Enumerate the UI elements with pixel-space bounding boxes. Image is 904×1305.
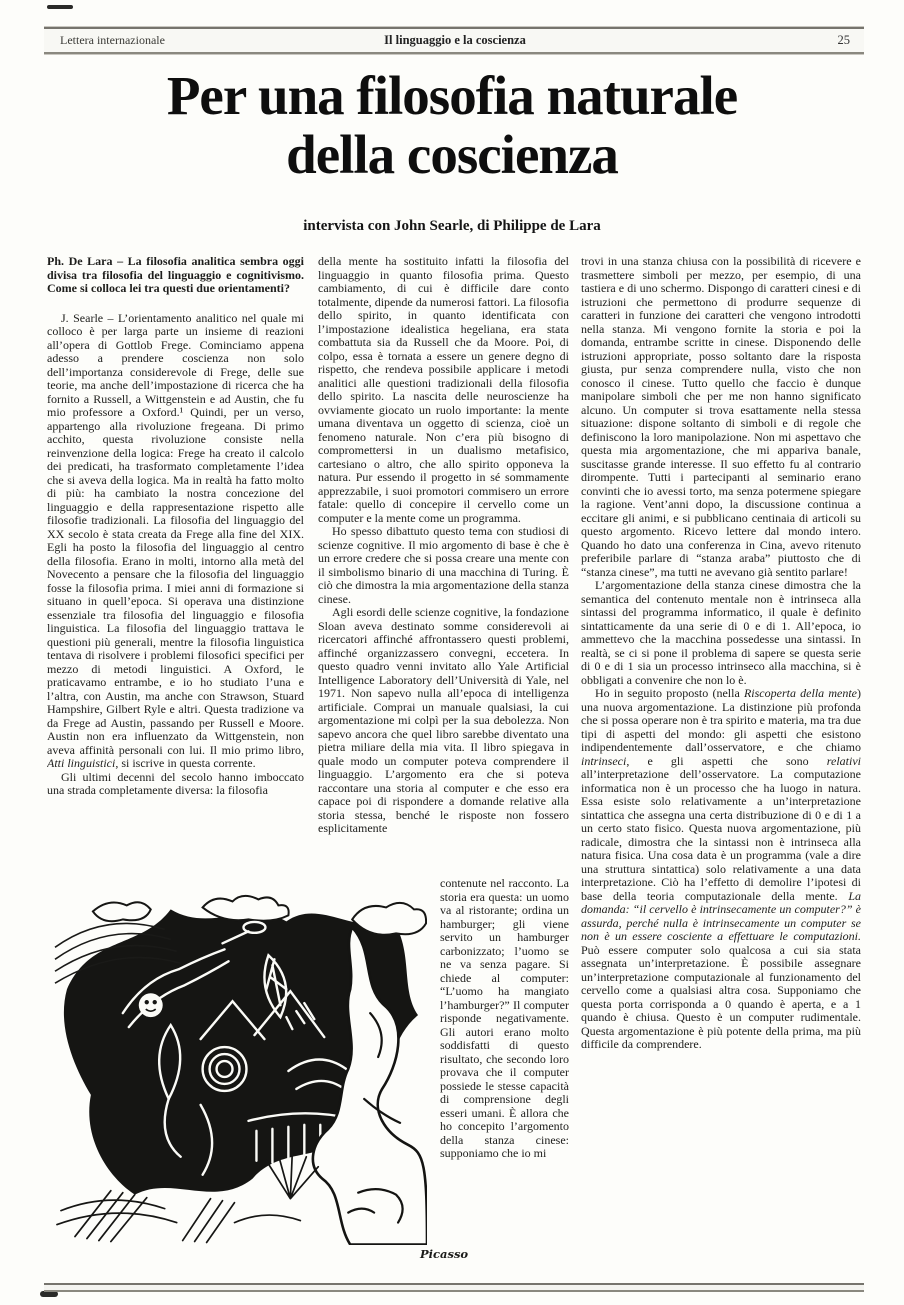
running-head: Lettera internazionale Il linguaggio e l… xyxy=(44,27,864,54)
italic-run: relativi xyxy=(827,754,861,768)
column-2-upper: della mente ha sostituito infatti la fil… xyxy=(318,255,569,876)
illustration-caption: Picasso xyxy=(420,1247,468,1261)
paragraph: trovi in una stanza chiusa con la possib… xyxy=(581,255,861,579)
article-title: Per una filosofia naturale della coscien… xyxy=(0,66,904,184)
paragraph: Agli esordi delle scienze cognitive, la … xyxy=(318,606,569,836)
magazine-page: Lettera internazionale Il linguaggio e l… xyxy=(0,0,904,1305)
journal-name: Lettera internazionale xyxy=(44,33,292,48)
text-run: J. Searle – L’orientamento analitico nel… xyxy=(47,311,304,757)
text-run: Può essere computer solo qualcosa a cui … xyxy=(581,943,861,1052)
scan-artifact xyxy=(47,5,73,9)
paragraph: della mente ha sostituito infatti la fil… xyxy=(318,255,569,525)
text-run: Ho in seguito proposto (nella xyxy=(595,686,744,700)
italic-run: Riscoperta della mente xyxy=(744,686,857,700)
interview-question: Ph. De Lara – La filosofia analitica sem… xyxy=(47,255,304,296)
section-title: Il linguaggio e la coscienza xyxy=(292,33,617,48)
column-3: trovi in una stanza chiusa con la possib… xyxy=(581,255,861,1273)
article-subtitle: intervista con John Searle, di Philippe … xyxy=(0,218,904,235)
column-1: Ph. De Lara – La filosofia analitica sem… xyxy=(47,255,304,891)
text-run: , si iscrive in questa corrente. xyxy=(115,756,255,770)
italic-run: Atti linguistici xyxy=(47,756,115,770)
text-run: all’interpretazione dell’osservatore. La… xyxy=(581,767,861,903)
page-number: 25 xyxy=(618,33,864,48)
bottom-rule xyxy=(44,1283,864,1292)
paragraph: Ho spesso dibattuto questo tema con stud… xyxy=(318,525,569,606)
paragraph: J. Searle – L’orientamento analitico nel… xyxy=(47,312,304,771)
paragraph: Ho in seguito proposto (nella Riscoperta… xyxy=(581,687,861,1052)
article-title-line2: della coscienza xyxy=(0,125,904,184)
paragraph: contenute nel racconto. La storia era qu… xyxy=(440,877,569,1161)
paragraph: Gli ultimi decenni del secolo hanno imbo… xyxy=(47,771,304,798)
italic-run: intrinseci xyxy=(581,754,626,768)
article-title-line1: Per una filosofia naturale xyxy=(0,66,904,125)
picasso-illustration xyxy=(53,893,427,1245)
column-2-narrow: contenute nel racconto. La storia era qu… xyxy=(440,877,569,1245)
text-run: , e gli aspetti che sono xyxy=(626,754,826,768)
paragraph: L’argomentazione della stanza cinese dim… xyxy=(581,579,861,687)
